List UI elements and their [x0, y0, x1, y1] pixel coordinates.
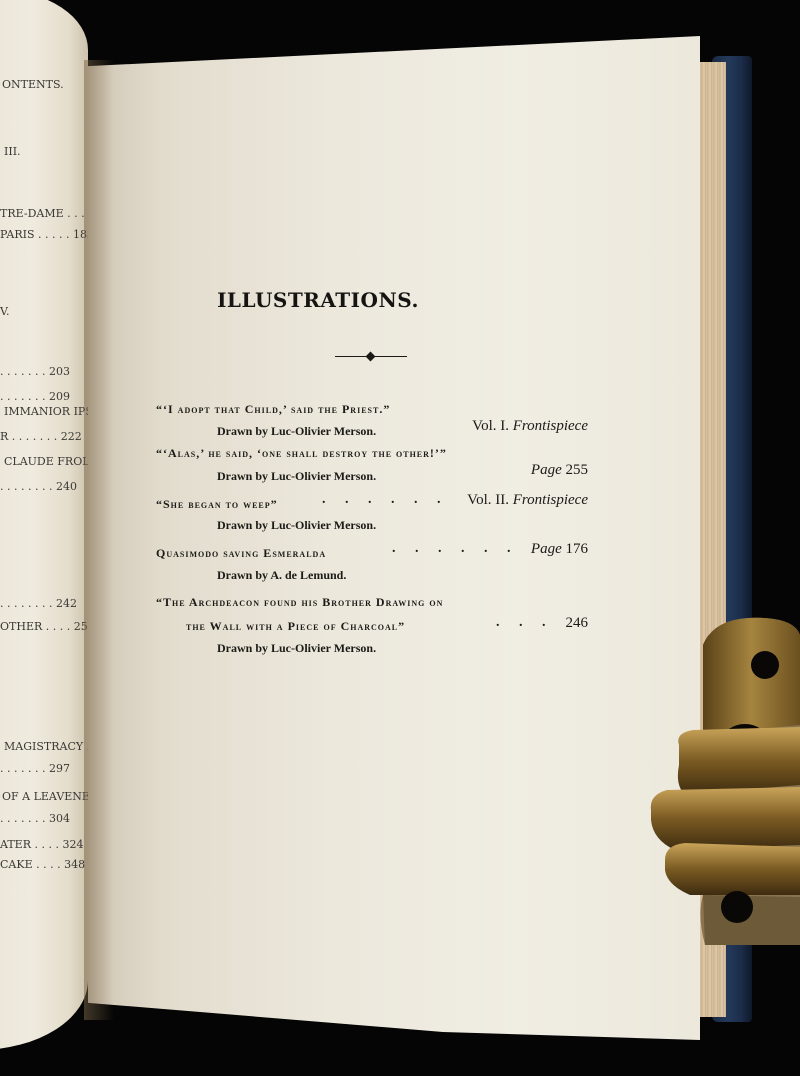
- contents-fragment: IMMANIOR IPSE . 217: [4, 405, 88, 418]
- dot-leader: . . . . . .: [322, 492, 449, 508]
- ref-frontispiece: Frontispiece: [513, 492, 588, 508]
- contents-fragment: CLAUDE FROLLO . 230: [4, 455, 88, 468]
- ref-page-label: Page: [531, 541, 562, 557]
- entry-credit: Drawn by A. de Lemund.: [217, 568, 346, 583]
- entry-caption-line-1: “The Archdeacon found his Brother Drawin…: [156, 595, 443, 610]
- ref-page-number: 176: [566, 541, 589, 557]
- entry-credit: Drawn by Luc-Olivier Merson.: [217, 424, 376, 439]
- illustrations-page: [88, 36, 700, 1040]
- entry-caption: “‘I adopt that Child,’ said the Priest.”: [156, 402, 390, 417]
- contents-fragment: R . . . . . . . 222: [0, 430, 82, 443]
- entry-reference: Vol. II. Frontispiece: [467, 492, 588, 509]
- dot-leader: . . . . . .: [392, 541, 519, 557]
- entry-caption: “She began to weep”: [156, 497, 278, 512]
- page-title: ILLUSTRATIONS.: [88, 288, 548, 312]
- entry-caption: “‘Alas,’ he said, ‘one shall destroy the…: [156, 446, 447, 461]
- entry-caption-line-2: the Wall with a Piece of Charcoal”: [186, 619, 405, 634]
- contents-fragment: . . . . . . . . 242: [0, 597, 77, 610]
- contents-fragment: OF A LEAVENED: [2, 790, 88, 803]
- contents-fragment: MAGISTRACY . 281: [4, 740, 88, 753]
- entry-credit: Drawn by Luc-Olivier Merson.: [217, 469, 376, 484]
- entry-credit: Drawn by Luc-Olivier Merson.: [217, 518, 376, 533]
- ref-page-label: Page: [531, 462, 562, 478]
- book-scene: ONTENTS.III.TRE-DAME . . . . PagePARIS .…: [0, 0, 800, 1076]
- contents-fragment: III.: [4, 145, 21, 158]
- contents-fragment: PARIS . . . . . 183: [0, 228, 88, 241]
- entry-reference: Vol. I. Frontispiece: [472, 418, 588, 435]
- contents-page-left: ONTENTS.III.TRE-DAME . . . . PagePARIS .…: [0, 0, 88, 1050]
- contents-fragment: OTHER . . . . 255: [0, 620, 88, 633]
- contents-fragment: . . . . . . . . 240: [0, 480, 77, 493]
- ref-volume: Vol. II.: [467, 492, 509, 508]
- gutter-shadow: [84, 60, 114, 1020]
- contents-fragment: CAKE . . . . 348: [0, 858, 85, 871]
- contents-fragment: ATER . . . . 324: [0, 838, 83, 851]
- contents-fragment: V.: [0, 305, 10, 318]
- ref-frontispiece: Frontispiece: [513, 418, 588, 434]
- entry-credit: Drawn by Luc-Olivier Merson.: [217, 641, 376, 656]
- contents-fragment: ONTENTS.: [2, 78, 64, 91]
- entry-caption: Quasimodo saving Esmeralda: [156, 546, 326, 561]
- entry-reference: Page 255: [531, 462, 588, 479]
- contents-fragment: . . . . . . . 203: [0, 365, 70, 378]
- ref-volume: Vol. I.: [472, 418, 509, 434]
- ref-page-number: 255: [566, 462, 589, 478]
- contents-fragment: TRE-DAME . . . . Page: [0, 207, 88, 220]
- brass-hand-clip-icon: [645, 615, 800, 950]
- contents-fragment: . . . . . . . 209: [0, 390, 70, 403]
- entry-reference: Page 176: [531, 541, 588, 558]
- contents-fragment: . . . . . . . 304: [0, 812, 70, 825]
- contents-fragment: . . . . . . . 297: [0, 762, 70, 775]
- entry-reference: 246: [566, 615, 589, 632]
- ref-page-number: 246: [566, 615, 589, 631]
- dot-leader: . . .: [496, 615, 554, 631]
